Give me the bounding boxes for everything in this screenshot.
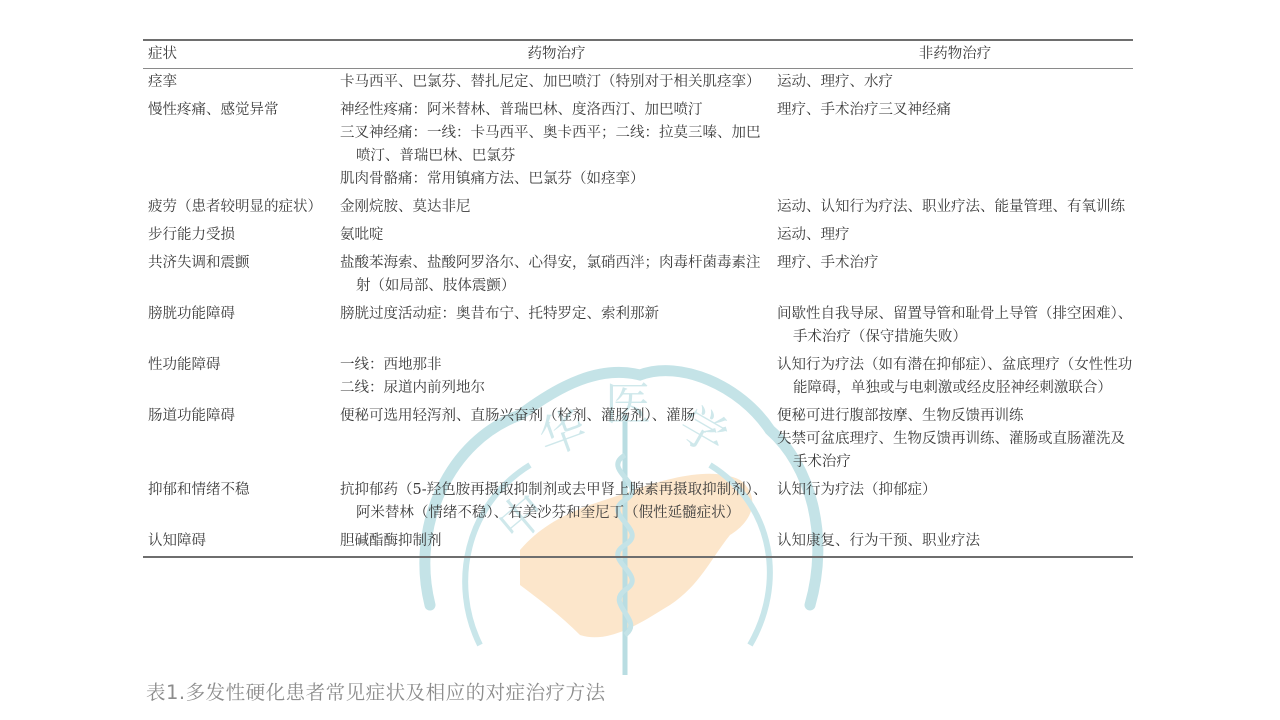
drug-treatment-cell: 金刚烷胺、莫达非尼 (340, 196, 777, 219)
drug-treatment-cell: 便秘可选用轻泻剂、直肠兴奋剂（栓剂、灌肠剂）、灌肠 (340, 405, 777, 474)
table-bottom-rule (143, 556, 1133, 558)
symptom-cell: 步行能力受损 (143, 224, 340, 247)
drug-treatment-cell: 胆碱酯酶抑制剂 (340, 530, 777, 553)
drug-treatment-line: 一线：西地那非 (340, 354, 773, 377)
symptom-cell: 共济失调和震颤 (143, 252, 340, 298)
drug-treatment-cell: 膀胱过度活动症：奥昔布宁、托特罗定、索利那新 (340, 303, 777, 349)
table-row: 痉挛卡马西平、巴氯芬、替扎尼定、加巴喷汀（特别对于相关肌痉挛）运动、理疗、水疗 (143, 69, 1133, 97)
drug-treatment-cell: 卡马西平、巴氯芬、替扎尼定、加巴喷汀（特别对于相关肌痉挛） (340, 71, 777, 94)
non-drug-treatment-line: 理疗、手术治疗 (777, 252, 1133, 275)
symptom-treatment-table: 症状 药物治疗 非药物治疗 痉挛卡马西平、巴氯芬、替扎尼定、加巴喷汀（特别对于相… (143, 39, 1133, 558)
symptom-cell: 慢性疼痛、感觉异常 (143, 99, 340, 191)
non-drug-treatment-cell: 认知康复、行为干预、职业疗法 (777, 530, 1133, 553)
table-row: 抑郁和情绪不稳抗抑郁药（5-羟色胺再摄取抑制剂或去甲肾上腺素再摄取抑制剂）、阿米… (143, 477, 1133, 528)
non-drug-treatment-line: 便秘可进行腹部按摩、生物反馈再训练 (777, 405, 1133, 428)
non-drug-treatment-line: 失禁可盆底理疗、生物反馈再训练、灌肠或直肠灌洗及手术治疗 (777, 428, 1133, 474)
non-drug-treatment-cell: 间歇性自我导尿、留置导管和耻骨上导管（排空困难）、手术治疗（保守措施失败） (777, 303, 1133, 349)
drug-treatment-cell: 盐酸苯海索、盐酸阿罗洛尔、心得安，氯硝西泮；肉毒杆菌毒素注射（如局部、肢体震颤） (340, 252, 777, 298)
non-drug-treatment-line: 认知康复、行为干预、职业疗法 (777, 530, 1133, 553)
non-drug-treatment-line: 运动、认知行为疗法、职业疗法、能量管理、有氧训练 (777, 196, 1133, 219)
drug-treatment-line: 膀胱过度活动症：奥昔布宁、托特罗定、索利那新 (340, 303, 773, 326)
drug-treatment-line: 卡马西平、巴氯芬、替扎尼定、加巴喷汀（特别对于相关肌痉挛） (340, 71, 773, 94)
non-drug-treatment-cell: 认知行为疗法（如有潜在抑郁症）、盆底理疗（女性性功能障碍，单独或与电刺激或经皮胫… (777, 354, 1133, 400)
non-drug-treatment-line: 理疗、手术治疗三叉神经痛 (777, 99, 1133, 122)
header-drug-treatment: 药物治疗 (340, 43, 777, 66)
non-drug-treatment-cell: 运动、认知行为疗法、职业疗法、能量管理、有氧训练 (777, 196, 1133, 219)
drug-treatment-line: 三叉神经痛：一线：卡马西平、奥卡西平；二线：拉莫三嗪、加巴喷汀、普瑞巴林、巴氯芬 (340, 122, 773, 168)
non-drug-treatment-cell: 认知行为疗法（抑郁症） (777, 479, 1133, 525)
non-drug-treatment-cell: 便秘可进行腹部按摩、生物反馈再训练失禁可盆底理疗、生物反馈再训练、灌肠或直肠灌洗… (777, 405, 1133, 474)
drug-treatment-line: 抗抑郁药（5-羟色胺再摄取抑制剂或去甲肾上腺素再摄取抑制剂）、阿米替林（情绪不稳… (340, 479, 773, 525)
drug-treatment-line: 氨吡啶 (340, 224, 773, 247)
non-drug-treatment-cell: 运动、理疗、水疗 (777, 71, 1133, 94)
symptom-cell: 疲劳（患者较明显的症状） (143, 196, 340, 219)
symptom-cell: 痉挛 (143, 71, 340, 94)
symptom-cell: 认知障碍 (143, 530, 340, 553)
drug-treatment-line: 二线：尿道内前列地尔 (340, 377, 773, 400)
non-drug-treatment-line: 认知行为疗法（抑郁症） (777, 479, 1133, 502)
drug-treatment-line: 胆碱酯酶抑制剂 (340, 530, 773, 553)
drug-treatment-cell: 抗抑郁药（5-羟色胺再摄取抑制剂或去甲肾上腺素再摄取抑制剂）、阿米替林（情绪不稳… (340, 479, 777, 525)
table-header-row: 症状 药物治疗 非药物治疗 (143, 41, 1133, 68)
non-drug-treatment-line: 认知行为疗法（如有潜在抑郁症）、盆底理疗（女性性功能障碍，单独或与电刺激或经皮胫… (777, 354, 1133, 400)
table-row: 疲劳（患者较明显的症状）金刚烷胺、莫达非尼运动、认知行为疗法、职业疗法、能量管理… (143, 194, 1133, 222)
non-drug-treatment-cell: 理疗、手术治疗三叉神经痛 (777, 99, 1133, 191)
table-body: 痉挛卡马西平、巴氯芬、替扎尼定、加巴喷汀（特别对于相关肌痉挛）运动、理疗、水疗慢… (143, 69, 1133, 556)
header-non-drug-treatment: 非药物治疗 (777, 43, 1133, 66)
symptom-cell: 肠道功能障碍 (143, 405, 340, 474)
table-row: 肠道功能障碍便秘可选用轻泻剂、直肠兴奋剂（栓剂、灌肠剂）、灌肠便秘可进行腹部按摩… (143, 403, 1133, 477)
header-symptom: 症状 (143, 43, 340, 66)
drug-treatment-line: 肌肉骨骼痛：常用镇痛方法、巴氯芬（如痉挛） (340, 168, 773, 191)
drug-treatment-line: 便秘可选用轻泻剂、直肠兴奋剂（栓剂、灌肠剂）、灌肠 (340, 405, 773, 428)
non-drug-treatment-cell: 运动、理疗 (777, 224, 1133, 247)
table-row: 性功能障碍一线：西地那非二线：尿道内前列地尔认知行为疗法（如有潜在抑郁症）、盆底… (143, 352, 1133, 403)
table-row: 认知障碍胆碱酯酶抑制剂认知康复、行为干预、职业疗法 (143, 528, 1133, 556)
table-row: 慢性疼痛、感觉异常神经性疼痛：阿米替林、普瑞巴林、度洛西汀、加巴喷汀三叉神经痛：… (143, 97, 1133, 194)
non-drug-treatment-line: 间歇性自我导尿、留置导管和耻骨上导管（排空困难）、手术治疗（保守措施失败） (777, 303, 1133, 349)
non-drug-treatment-line: 运动、理疗、水疗 (777, 71, 1133, 94)
drug-treatment-cell: 一线：西地那非二线：尿道内前列地尔 (340, 354, 777, 400)
table-row: 共济失调和震颤盐酸苯海索、盐酸阿罗洛尔、心得安，氯硝西泮；肉毒杆菌毒素注射（如局… (143, 250, 1133, 301)
drug-treatment-line: 神经性疼痛：阿米替林、普瑞巴林、度洛西汀、加巴喷汀 (340, 99, 773, 122)
symptom-cell: 抑郁和情绪不稳 (143, 479, 340, 525)
drug-treatment-cell: 神经性疼痛：阿米替林、普瑞巴林、度洛西汀、加巴喷汀三叉神经痛：一线：卡马西平、奥… (340, 99, 777, 191)
symptom-cell: 膀胱功能障碍 (143, 303, 340, 349)
table-row: 步行能力受损氨吡啶运动、理疗 (143, 222, 1133, 250)
drug-treatment-cell: 氨吡啶 (340, 224, 777, 247)
non-drug-treatment-line: 运动、理疗 (777, 224, 1133, 247)
drug-treatment-line: 金刚烷胺、莫达非尼 (340, 196, 773, 219)
non-drug-treatment-cell: 理疗、手术治疗 (777, 252, 1133, 298)
symptom-cell: 性功能障碍 (143, 354, 340, 400)
drug-treatment-line: 盐酸苯海索、盐酸阿罗洛尔、心得安，氯硝西泮；肉毒杆菌毒素注射（如局部、肢体震颤） (340, 252, 773, 298)
table-caption: 表1.多发性硬化患者常见症状及相应的对症治疗方法 (146, 677, 606, 705)
table-row: 膀胱功能障碍膀胱过度活动症：奥昔布宁、托特罗定、索利那新间歇性自我导尿、留置导管… (143, 301, 1133, 352)
